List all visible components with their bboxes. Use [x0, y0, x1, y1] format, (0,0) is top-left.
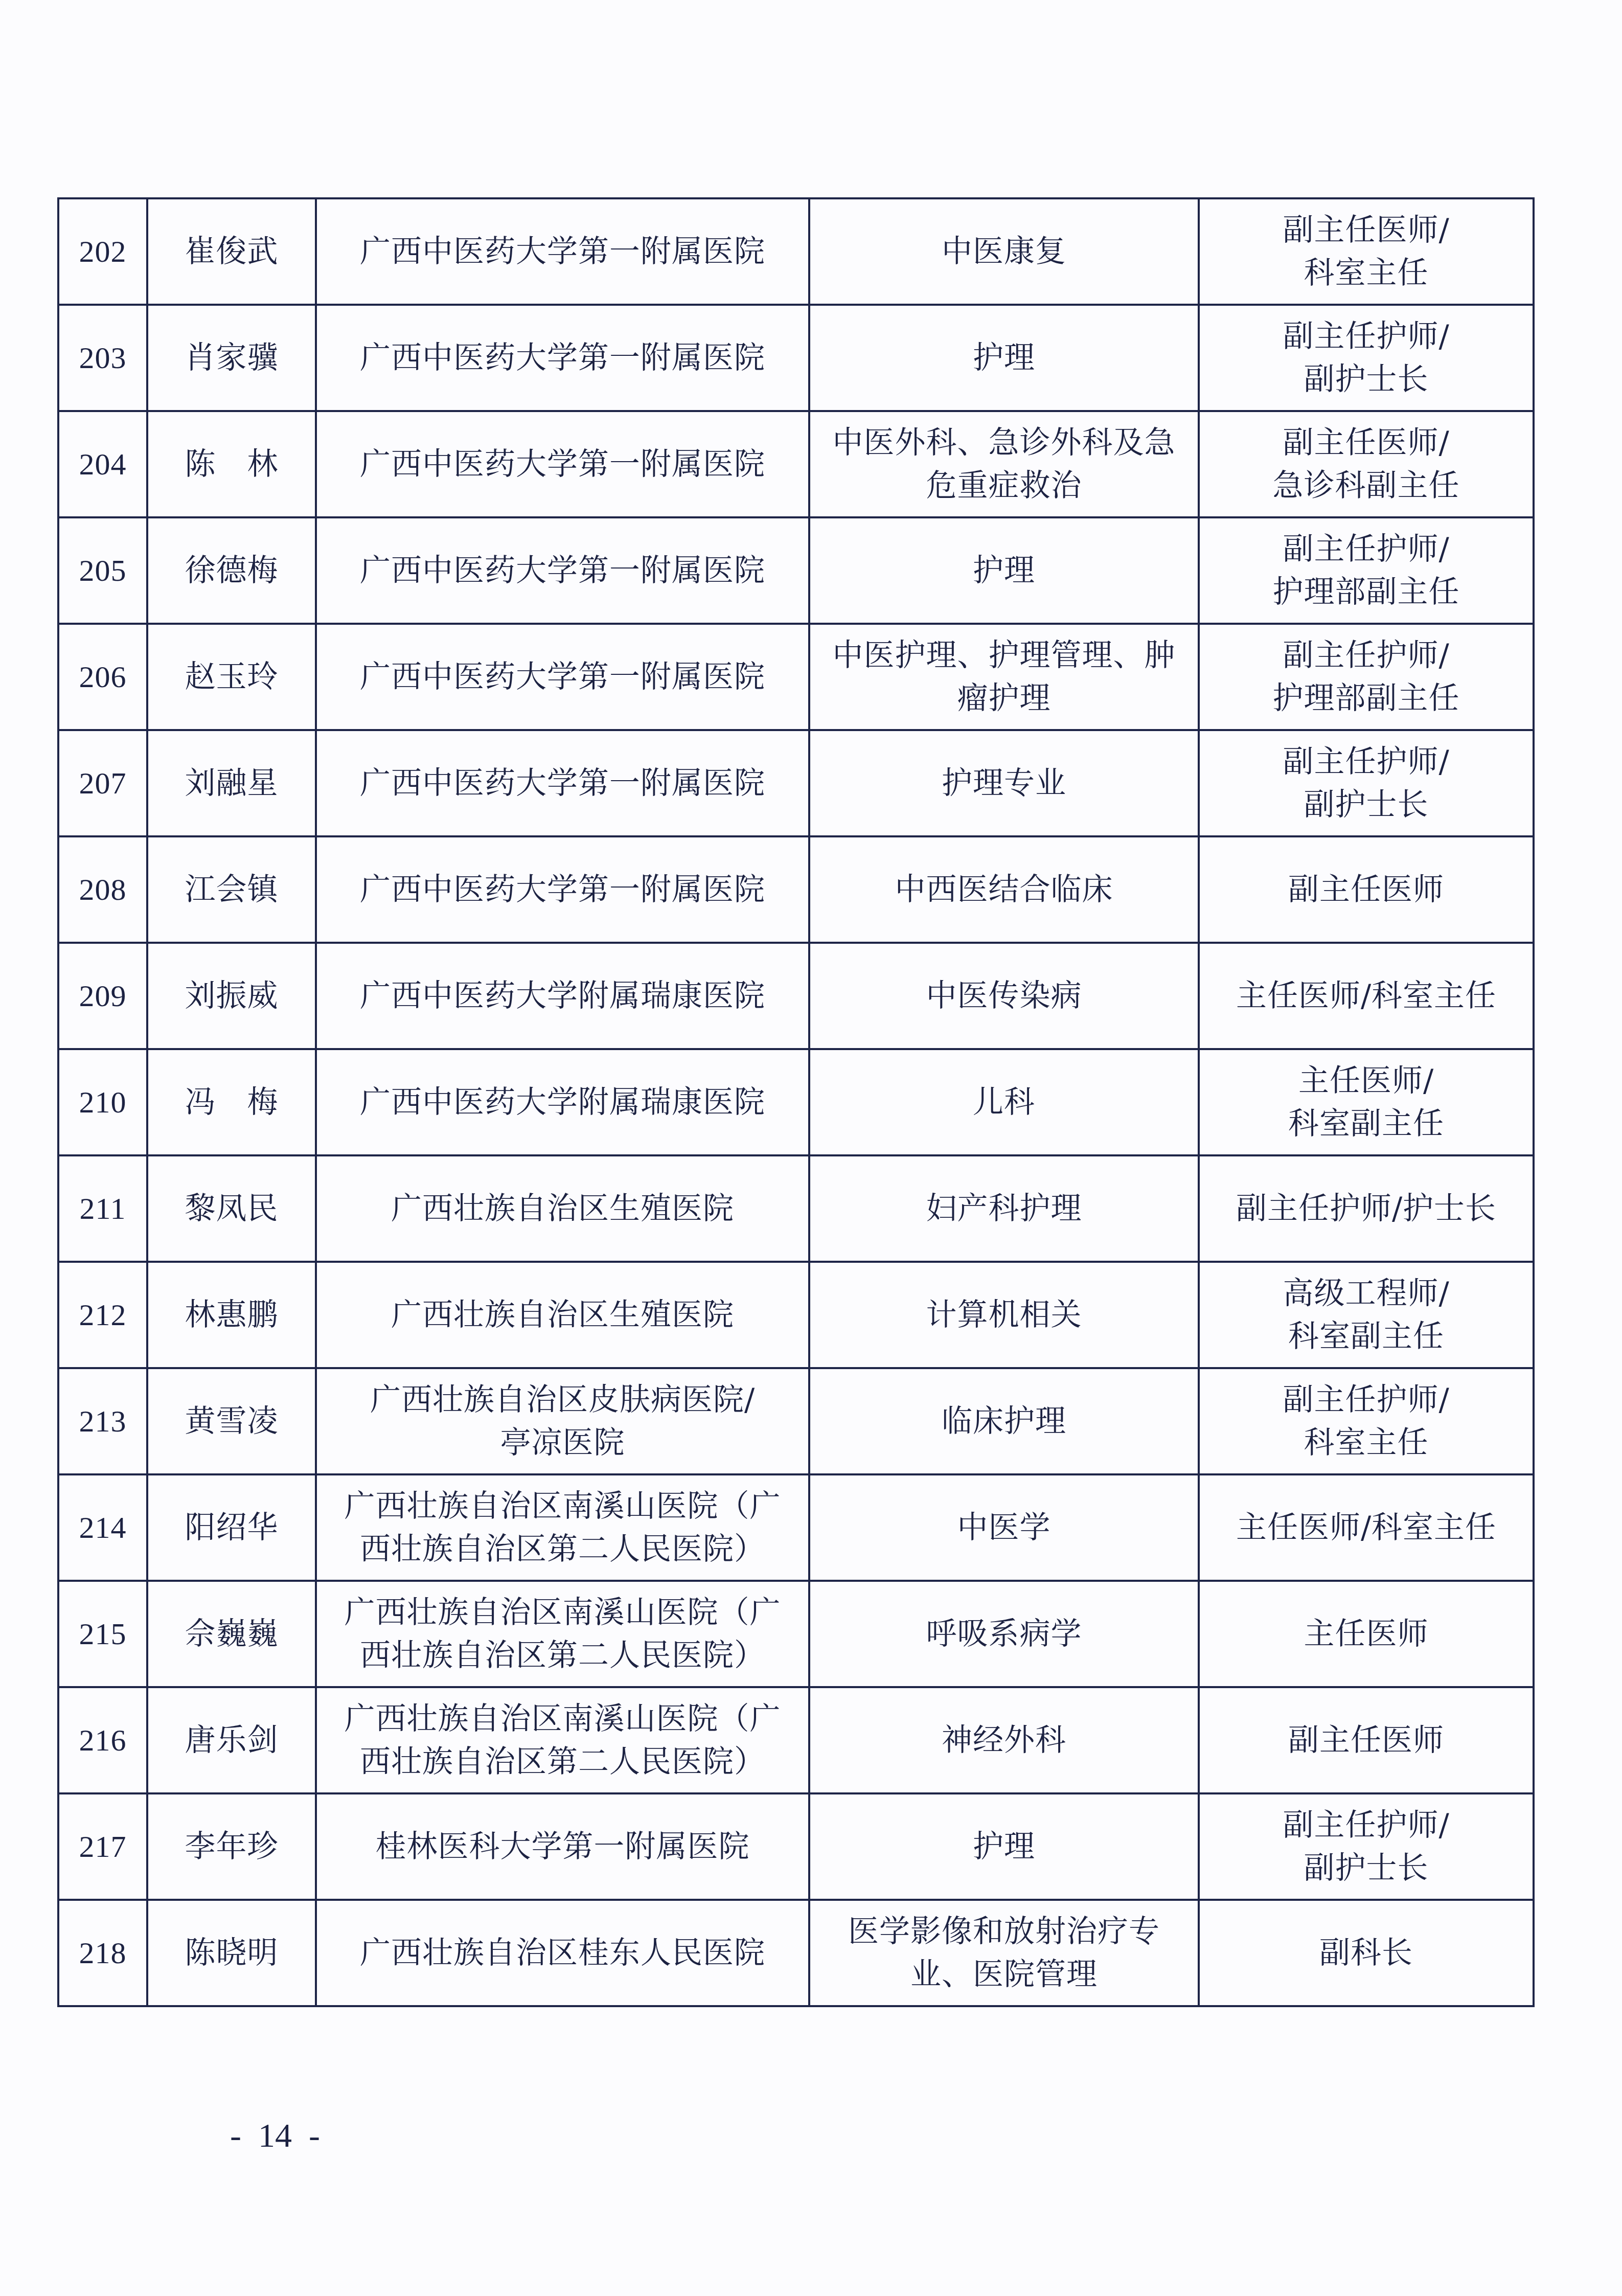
title-line: 主任医师/科室主任 — [1205, 1506, 1527, 1549]
table-row: 206 赵玉玲 广西中医药大学第一附属医院 中医护理、护理管理、肿瘤护理 副主任… — [58, 624, 1534, 730]
unit-line: 广西壮族自治区生殖医院 — [322, 1293, 803, 1336]
table-row: 210 冯 梅 广西中医药大学附属瑞康医院 儿科 主任医师/科室副主任 — [58, 1049, 1534, 1155]
cell-major: 护理 — [809, 1793, 1199, 1900]
table-row: 205 徐德梅 广西中医药大学第一附属医院 护理 副主任护师/护理部副主任 — [58, 517, 1534, 624]
cell-number: 209 — [58, 943, 147, 1049]
cell-title: 副主任护师/副护士长 — [1199, 730, 1534, 836]
title-line: 科室主任 — [1205, 1421, 1527, 1464]
cell-number: 212 — [58, 1262, 147, 1368]
cell-number: 202 — [58, 198, 147, 305]
title-line: 科室副主任 — [1205, 1102, 1527, 1145]
title-line: 科室主任 — [1205, 252, 1527, 294]
cell-major: 护理 — [809, 517, 1199, 624]
cell-unit: 广西壮族自治区南溪山医院（广西壮族自治区第二人民医院） — [316, 1687, 809, 1793]
table-row: 218 陈晓明 广西壮族自治区桂东人民医院 医学影像和放射治疗专业、医院管理 副… — [58, 1900, 1534, 2006]
unit-line: 广西中医药大学附属瑞康医院 — [322, 974, 803, 1017]
major-line: 中医传染病 — [815, 974, 1193, 1017]
title-line: 副主任护师/ — [1205, 1378, 1527, 1421]
cell-name: 李年珍 — [147, 1793, 316, 1900]
cell-name: 阳绍华 — [147, 1474, 316, 1581]
unit-line: 亭凉医院 — [322, 1421, 803, 1464]
cell-major: 中医康复 — [809, 198, 1199, 305]
cell-unit: 广西中医药大学第一附属医院 — [316, 411, 809, 517]
unit-line: 广西中医药大学第一附属医院 — [322, 655, 803, 698]
unit-line: 西壮族自治区第二人民医院） — [322, 1740, 803, 1783]
cell-unit: 广西壮族自治区南溪山医院（广西壮族自治区第二人民医院） — [316, 1581, 809, 1687]
unit-line: 广西壮族自治区生殖医院 — [322, 1187, 803, 1230]
cell-unit: 广西壮族自治区皮肤病医院/亭凉医院 — [316, 1368, 809, 1474]
title-line: 副主任医师 — [1205, 868, 1527, 911]
title-line: 副主任护师/ — [1205, 528, 1527, 571]
cell-unit: 广西壮族自治区生殖医院 — [316, 1262, 809, 1368]
cell-unit: 广西中医药大学第一附属医院 — [316, 198, 809, 305]
cell-title: 主任医师 — [1199, 1581, 1534, 1687]
table-row: 203 肖家骥 广西中医药大学第一附属医院 护理 副主任护师/副护士长 — [58, 305, 1534, 411]
cell-name: 刘融星 — [147, 730, 316, 836]
cell-major: 中医传染病 — [809, 943, 1199, 1049]
major-line: 神经外科 — [815, 1719, 1193, 1762]
table-row: 202 崔俊武 广西中医药大学第一附属医院 中医康复 副主任医师/科室主任 — [58, 198, 1534, 305]
cell-major: 妇产科护理 — [809, 1155, 1199, 1262]
unit-line: 广西壮族自治区南溪山医院（广 — [322, 1697, 803, 1740]
cell-unit: 广西壮族自治区南溪山医院（广西壮族自治区第二人民医院） — [316, 1474, 809, 1581]
cell-unit: 桂林医科大学第一附属医院 — [316, 1793, 809, 1900]
title-line: 护理部副主任 — [1205, 571, 1527, 613]
cell-major: 儿科 — [809, 1049, 1199, 1155]
major-line: 临床护理 — [815, 1400, 1193, 1443]
cell-name: 唐乐剑 — [147, 1687, 316, 1793]
table-row: 212 林惠鹏 广西壮族自治区生殖医院 计算机相关 高级工程师/科室副主任 — [58, 1262, 1534, 1368]
table-row: 209 刘振威 广西中医药大学附属瑞康医院 中医传染病 主任医师/科室主任 — [58, 943, 1534, 1049]
unit-line: 广西壮族自治区南溪山医院（广 — [322, 1591, 803, 1634]
cell-title: 副主任医师 — [1199, 1687, 1534, 1793]
cell-major: 计算机相关 — [809, 1262, 1199, 1368]
roster-table: 202 崔俊武 广西中医药大学第一附属医院 中医康复 副主任医师/科室主任 20… — [57, 197, 1535, 2007]
major-line: 中西医结合临床 — [815, 868, 1193, 911]
major-line: 中医外科、急诊外科及急 — [815, 421, 1193, 464]
document-page: 202 崔俊武 广西中医药大学第一附属医院 中医康复 副主任医师/科室主任 20… — [0, 0, 1622, 2296]
cell-unit: 广西中医药大学第一附属医院 — [316, 730, 809, 836]
cell-unit: 广西中医药大学第一附属医院 — [316, 836, 809, 943]
cell-major: 护理专业 — [809, 730, 1199, 836]
major-line: 医学影像和放射治疗专 — [815, 1910, 1193, 1953]
unit-line: 西壮族自治区第二人民医院） — [322, 1528, 803, 1571]
title-line: 主任医师/ — [1205, 1059, 1527, 1102]
unit-line: 广西中医药大学第一附属医院 — [322, 868, 803, 911]
major-line: 中医学 — [815, 1506, 1193, 1549]
roster-table-body: 202 崔俊武 广西中医药大学第一附属医院 中医康复 副主任医师/科室主任 20… — [58, 198, 1534, 2006]
table-row: 215 佘巍巍 广西壮族自治区南溪山医院（广西壮族自治区第二人民医院） 呼吸系病… — [58, 1581, 1534, 1687]
unit-line: 广西中医药大学附属瑞康医院 — [322, 1081, 803, 1124]
major-line: 瘤护理 — [815, 677, 1193, 720]
major-line: 护理 — [815, 336, 1193, 379]
cell-major: 护理 — [809, 305, 1199, 411]
cell-number: 213 — [58, 1368, 147, 1474]
title-line: 副科长 — [1205, 1931, 1527, 1974]
cell-number: 208 — [58, 836, 147, 943]
cell-unit: 广西中医药大学附属瑞康医院 — [316, 943, 809, 1049]
cell-name: 黎凤民 — [147, 1155, 316, 1262]
title-line: 副主任医师/ — [1205, 421, 1527, 464]
cell-name: 江会镇 — [147, 836, 316, 943]
cell-name: 徐德梅 — [147, 517, 316, 624]
major-line: 护理专业 — [815, 762, 1193, 805]
cell-name: 冯 梅 — [147, 1049, 316, 1155]
cell-unit: 广西中医药大学第一附属医院 — [316, 305, 809, 411]
unit-line: 广西中医药大学第一附属医院 — [322, 762, 803, 805]
cell-major: 中西医结合临床 — [809, 836, 1199, 943]
cell-title: 副主任医师/科室主任 — [1199, 198, 1534, 305]
major-line: 护理 — [815, 1825, 1193, 1868]
cell-major: 中医护理、护理管理、肿瘤护理 — [809, 624, 1199, 730]
title-line: 副主任护师/护士长 — [1205, 1187, 1527, 1230]
cell-title: 副主任医师 — [1199, 836, 1534, 943]
title-line: 副主任护师/ — [1205, 634, 1527, 677]
cell-unit: 广西壮族自治区生殖医院 — [316, 1155, 809, 1262]
major-line: 计算机相关 — [815, 1293, 1193, 1336]
title-line: 急诊科副主任 — [1205, 464, 1527, 507]
cell-number: 207 — [58, 730, 147, 836]
title-line: 副主任护师/ — [1205, 740, 1527, 783]
unit-line: 广西壮族自治区皮肤病医院/ — [322, 1378, 803, 1421]
cell-title: 副主任护师/副护士长 — [1199, 305, 1534, 411]
cell-number: 206 — [58, 624, 147, 730]
cell-unit: 广西壮族自治区桂东人民医院 — [316, 1900, 809, 2006]
title-line: 护理部副主任 — [1205, 677, 1527, 720]
unit-line: 广西壮族自治区桂东人民医院 — [322, 1931, 803, 1974]
unit-line: 广西中医药大学第一附属医院 — [322, 549, 803, 592]
title-line: 副护士长 — [1205, 1847, 1527, 1890]
cell-title: 主任医师/科室主任 — [1199, 943, 1534, 1049]
table-row: 216 唐乐剑 广西壮族自治区南溪山医院（广西壮族自治区第二人民医院） 神经外科… — [58, 1687, 1534, 1793]
cell-name: 黄雪凌 — [147, 1368, 316, 1474]
cell-title: 副主任护师/护理部副主任 — [1199, 517, 1534, 624]
major-line: 中医护理、护理管理、肿 — [815, 634, 1193, 677]
cell-number: 215 — [58, 1581, 147, 1687]
title-line: 副主任医师 — [1205, 1719, 1527, 1762]
cell-title: 副主任护师/科室主任 — [1199, 1368, 1534, 1474]
cell-title: 副主任护师/护士长 — [1199, 1155, 1534, 1262]
cell-name: 林惠鹏 — [147, 1262, 316, 1368]
title-line: 主任医师/科室主任 — [1205, 974, 1527, 1017]
cell-name: 崔俊武 — [147, 198, 316, 305]
cell-title: 副主任医师/急诊科副主任 — [1199, 411, 1534, 517]
cell-major: 呼吸系病学 — [809, 1581, 1199, 1687]
cell-unit: 广西中医药大学第一附属医院 — [316, 624, 809, 730]
cell-name: 陈晓明 — [147, 1900, 316, 2006]
unit-line: 广西中医药大学第一附属医院 — [322, 336, 803, 379]
cell-title: 主任医师/科室副主任 — [1199, 1049, 1534, 1155]
cell-title: 副主任护师/副护士长 — [1199, 1793, 1534, 1900]
table-row: 211 黎凤民 广西壮族自治区生殖医院 妇产科护理 副主任护师/护士长 — [58, 1155, 1534, 1262]
table-row: 214 阳绍华 广西壮族自治区南溪山医院（广西壮族自治区第二人民医院） 中医学 … — [58, 1474, 1534, 1581]
table-row: 204 陈 林 广西中医药大学第一附属医院 中医外科、急诊外科及急危重症救治 副… — [58, 411, 1534, 517]
cell-major: 医学影像和放射治疗专业、医院管理 — [809, 1900, 1199, 2006]
major-line: 呼吸系病学 — [815, 1612, 1193, 1655]
unit-line: 桂林医科大学第一附属医院 — [322, 1825, 803, 1868]
cell-number: 203 — [58, 305, 147, 411]
cell-number: 216 — [58, 1687, 147, 1793]
unit-line: 广西中医药大学第一附属医院 — [322, 443, 803, 486]
major-line: 业、医院管理 — [815, 1953, 1193, 1996]
cell-number: 210 — [58, 1049, 147, 1155]
cell-number: 204 — [58, 411, 147, 517]
major-line: 妇产科护理 — [815, 1187, 1193, 1230]
table-row: 207 刘融星 广西中医药大学第一附属医院 护理专业 副主任护师/副护士长 — [58, 730, 1534, 836]
table-row: 213 黄雪凌 广西壮族自治区皮肤病医院/亭凉医院 临床护理 副主任护师/科室主… — [58, 1368, 1534, 1474]
unit-line: 广西壮族自治区南溪山医院（广 — [322, 1485, 803, 1528]
cell-unit: 广西中医药大学附属瑞康医院 — [316, 1049, 809, 1155]
cell-number: 218 — [58, 1900, 147, 2006]
title-line: 副护士长 — [1205, 783, 1527, 826]
cell-major: 中医外科、急诊外科及急危重症救治 — [809, 411, 1199, 517]
cell-number: 214 — [58, 1474, 147, 1581]
cell-name: 赵玉玲 — [147, 624, 316, 730]
major-line: 儿科 — [815, 1081, 1193, 1124]
cell-major: 中医学 — [809, 1474, 1199, 1581]
cell-major: 临床护理 — [809, 1368, 1199, 1474]
title-line: 科室副主任 — [1205, 1315, 1527, 1358]
unit-line: 广西中医药大学第一附属医院 — [322, 230, 803, 273]
cell-number: 205 — [58, 517, 147, 624]
major-line: 中医康复 — [815, 230, 1193, 273]
cell-title: 高级工程师/科室副主任 — [1199, 1262, 1534, 1368]
cell-name: 肖家骥 — [147, 305, 316, 411]
cell-name: 陈 林 — [147, 411, 316, 517]
table-row: 208 江会镇 广西中医药大学第一附属医院 中西医结合临床 副主任医师 — [58, 836, 1534, 943]
title-line: 主任医师 — [1205, 1612, 1527, 1655]
cell-major: 神经外科 — [809, 1687, 1199, 1793]
cell-name: 佘巍巍 — [147, 1581, 316, 1687]
table-row: 217 李年珍 桂林医科大学第一附属医院 护理 副主任护师/副护士长 — [58, 1793, 1534, 1900]
title-line: 副主任医师/ — [1205, 209, 1527, 252]
major-line: 危重症救治 — [815, 464, 1193, 507]
cell-name: 刘振威 — [147, 943, 316, 1049]
cell-title: 副主任护师/护理部副主任 — [1199, 624, 1534, 730]
title-line: 副主任护师/ — [1205, 315, 1527, 358]
title-line: 副主任护师/ — [1205, 1804, 1527, 1847]
cell-title: 主任医师/科室主任 — [1199, 1474, 1534, 1581]
major-line: 护理 — [815, 549, 1193, 592]
title-line: 高级工程师/ — [1205, 1272, 1527, 1315]
cell-number: 211 — [58, 1155, 147, 1262]
unit-line: 西壮族自治区第二人民医院） — [322, 1634, 803, 1677]
cell-unit: 广西中医药大学第一附属医院 — [316, 517, 809, 624]
cell-title: 副科长 — [1199, 1900, 1534, 2006]
page-number: - 14 - — [230, 2117, 320, 2155]
cell-number: 217 — [58, 1793, 147, 1900]
title-line: 副护士长 — [1205, 358, 1527, 401]
